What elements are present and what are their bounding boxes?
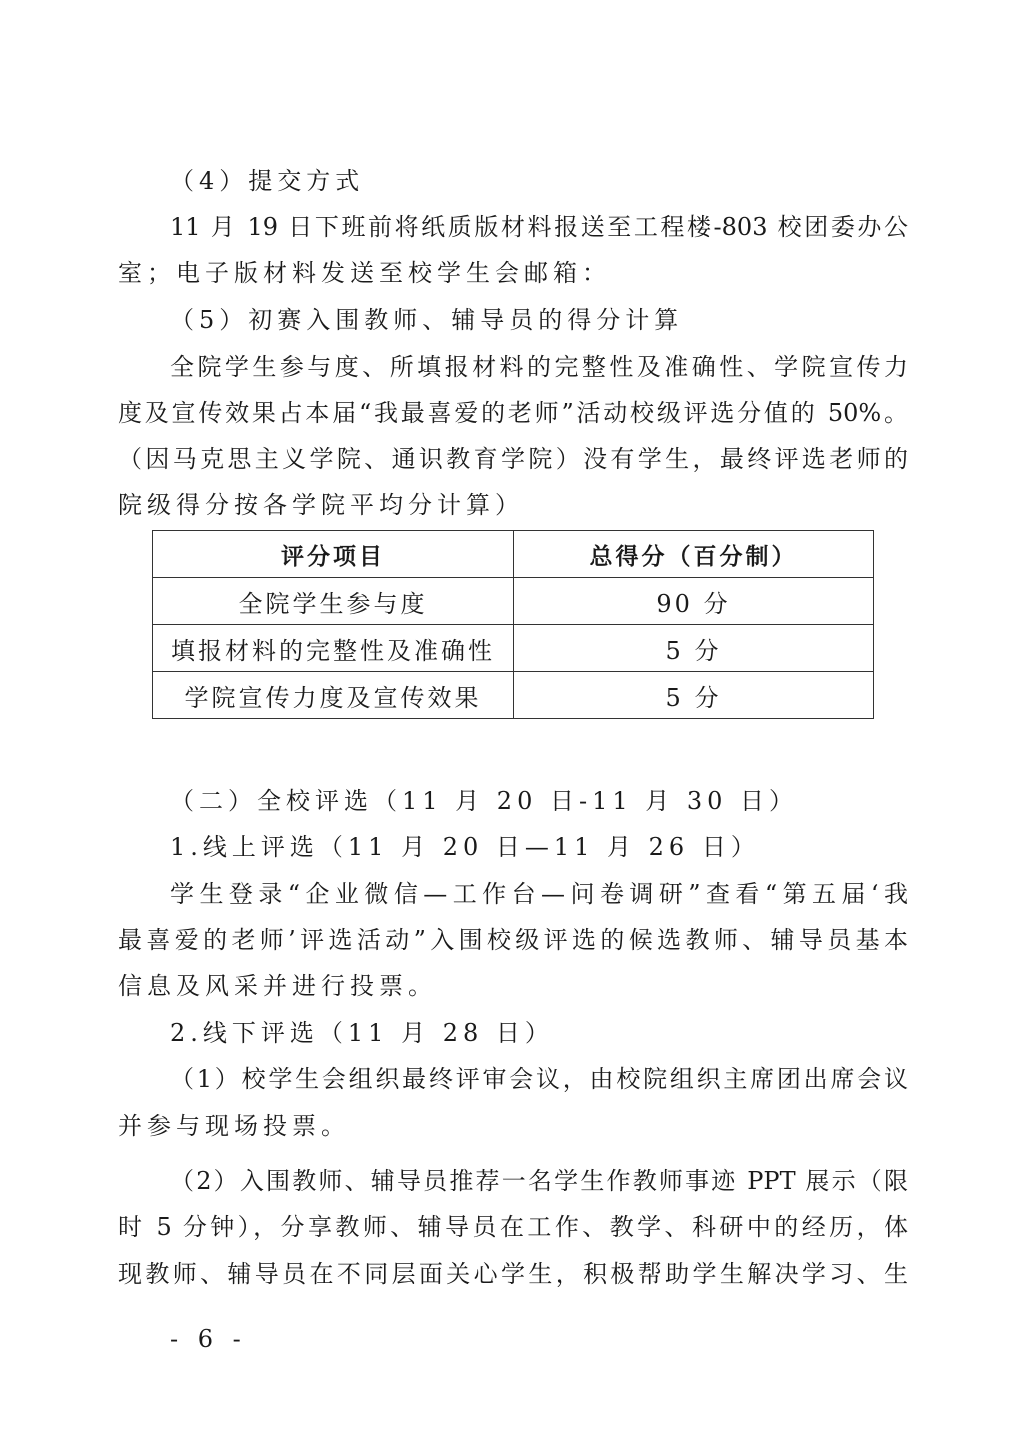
score-table: 评分项目 总得分（百分制） 全院学生参与度 90 分 填报材料的完整性及准确性 … xyxy=(152,530,874,719)
item5-body-line4: 院级得分按各学院平均分计算） xyxy=(118,490,908,520)
item4-body-line1: 11 月 19 日下班前将纸质版材料报送至工程楼-803 校团委办公 xyxy=(170,212,908,242)
item5-body-line3: （因马克思主义学院、通识教育学院）没有学生，最终评选老师的 xyxy=(118,444,908,474)
score-cell: 5 分 xyxy=(514,625,874,672)
score-table-header-row: 评分项目 总得分（百分制） xyxy=(153,531,874,578)
item5-body-line2: 度及宣传效果占本届“我最喜爱的老师”活动校级评选分值的 50%。 xyxy=(118,398,908,428)
scoring-item-cell: 填报材料的完整性及准确性 xyxy=(153,625,514,672)
offline-evaluation-heading: 2.线下评选（11 月 28 日） xyxy=(170,1018,960,1048)
item4-heading: （4）提交方式 xyxy=(170,166,960,196)
page-number: - 6 - xyxy=(170,1325,247,1353)
offline-item1-line2: 并参与现场投票。 xyxy=(118,1111,908,1141)
item4-body-line2: 室；电子版材料发送至校学生会邮箱： xyxy=(118,258,908,288)
offline-item2-line3: 现教师、辅导员在不同层面关心学生，积极帮助学生解决学习、生 xyxy=(118,1259,908,1289)
offline-item2-line1: （2）入围教师、辅导员推荐一名学生作教师事迹 PPT 展示（限 xyxy=(170,1166,908,1196)
scoring-item-cell: 学院宣传力度及宣传效果 xyxy=(153,672,514,719)
scoring-item-cell: 全院学生参与度 xyxy=(153,578,514,625)
online-body-line1: 学生登录“企业微信—工作台—问卷调研”查看“第五届‘我 xyxy=(170,879,908,909)
item5-heading: （5）初赛入围教师、辅导员的得分计算 xyxy=(170,305,960,335)
header-total-score: 总得分（百分制） xyxy=(514,531,874,578)
table-row: 学院宣传力度及宣传效果 5 分 xyxy=(153,672,874,719)
offline-item1-line1: （1）校学生会组织最终评审会议，由校院组织主席团出席会议 xyxy=(170,1064,908,1094)
header-scoring-item: 评分项目 xyxy=(153,531,514,578)
online-body-line2: 最喜爱的老师’评选活动”入围校级评选的候选教师、辅导员基本 xyxy=(118,925,908,955)
offline-item2-line2: 时 5 分钟），分享教师、辅导员在工作、教学、科研中的经历，体 xyxy=(118,1212,908,1242)
item5-body-line1: 全院学生参与度、所填报材料的完整性及准确性、学院宣传力 xyxy=(170,352,908,382)
online-body-line3: 信息及风采并进行投票。 xyxy=(118,971,908,1001)
score-cell: 5 分 xyxy=(514,672,874,719)
table-row: 全院学生参与度 90 分 xyxy=(153,578,874,625)
table-row: 填报材料的完整性及准确性 5 分 xyxy=(153,625,874,672)
part2-heading: （二）全校评选（11 月 20 日-11 月 30 日） xyxy=(170,786,960,816)
online-evaluation-heading: 1.线上评选（11 月 20 日—11 月 26 日） xyxy=(170,832,960,862)
score-cell: 90 分 xyxy=(514,578,874,625)
document-page: （4）提交方式 11 月 19 日下班前将纸质版材料报送至工程楼-803 校团委… xyxy=(0,0,1024,1447)
